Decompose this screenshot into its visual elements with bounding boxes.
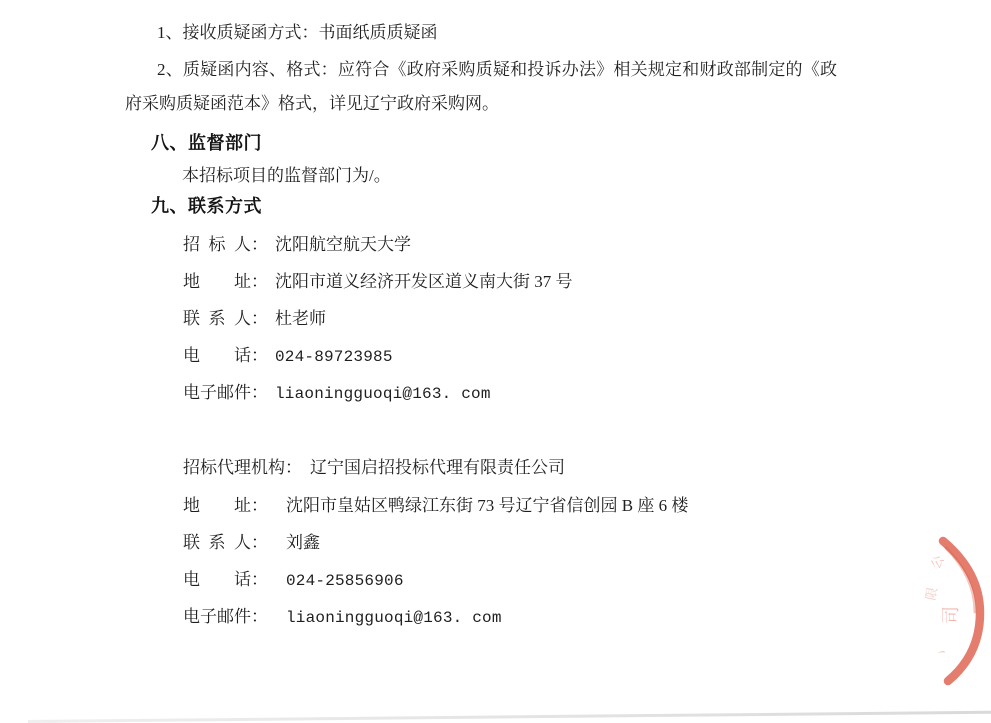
supervision-body-text: 本招标项目的监督部门为/。 bbox=[182, 164, 391, 188]
agency-address-value: 沈阳市皇姑区鸭绿江东街 73 号辽宁省信创园 B 座 6 楼 bbox=[286, 496, 688, 515]
section-heading-supervision: 八、监督部门 bbox=[151, 131, 262, 155]
paragraph-quiz-format: 2、质疑函内容、格式：应符合《政府采购质疑和投诉办法》相关规定和财政部制定的《政… bbox=[125, 53, 837, 121]
row-label: 电子邮件 bbox=[183, 605, 251, 629]
row-label: 招标人 bbox=[183, 233, 251, 257]
agency-phone-row: 电话：024-25856906 bbox=[183, 568, 404, 593]
agency-name-row: 招标代理机构：辽宁国启招投标代理有限责任公司 bbox=[183, 456, 565, 480]
purchaser-address-value: 沈阳市道义经济开发区道义南大街 37 号 bbox=[275, 272, 573, 291]
row-colon: ： bbox=[251, 568, 268, 592]
agency-name-value: 辽宁国启招投标代理有限责任公司 bbox=[310, 458, 565, 477]
agency-address-row: 地址：沈阳市皇姑区鸭绿江东街 73 号辽宁省信创园 B 座 6 楼 bbox=[183, 494, 688, 518]
agency-email-row: 电子邮件：liaoningguoqi@163. com bbox=[183, 605, 502, 630]
row-colon: ： bbox=[251, 270, 268, 294]
paragraph-quiz-method: 1、接收质疑函方式：书面纸质质疑函 bbox=[125, 16, 837, 50]
purchaser-phone-value: 024-89723985 bbox=[275, 348, 393, 366]
row-label: 联系人 bbox=[183, 531, 251, 555]
purchaser-address-row: 地址：沈阳市道义经济开发区道义南大街 37 号 bbox=[183, 270, 573, 294]
purchaser-name-value: 沈阳航空航天大学 bbox=[275, 235, 411, 254]
row-label: 电子邮件 bbox=[183, 381, 251, 405]
row-label: 电话 bbox=[183, 344, 251, 368]
seal-text-fragment: 司 bbox=[937, 606, 963, 624]
row-colon: ： bbox=[251, 381, 268, 405]
document-page: 1、接收质疑函方式：书面纸质质疑函 2、质疑函内容、格式：应符合《政府采购质疑和… bbox=[0, 0, 991, 723]
agency-email-value: liaoningguoqi@163. com bbox=[286, 609, 502, 627]
row-colon: ： bbox=[251, 494, 268, 518]
row-colon: ： bbox=[251, 531, 268, 555]
scan-page-edge-line bbox=[28, 710, 991, 722]
row-label: 电话 bbox=[183, 568, 251, 592]
purchaser-phone-row: 电话：024-89723985 bbox=[183, 344, 393, 369]
purchaser-email-value: liaoningguoqi@163. com bbox=[275, 385, 491, 403]
row-colon: ： bbox=[251, 307, 268, 331]
row-label: 招标代理机构 bbox=[183, 456, 285, 480]
purchaser-contact-person-row: 联系人：杜老师 bbox=[183, 307, 326, 331]
row-label: 地址 bbox=[183, 494, 251, 518]
row-colon: ： bbox=[251, 233, 268, 257]
row-colon: ： bbox=[251, 605, 268, 629]
row-label: 地址 bbox=[183, 270, 251, 294]
purchaser-email-row: 电子邮件：liaoningguoqi@163. com bbox=[183, 381, 491, 406]
row-colon: ： bbox=[285, 456, 302, 480]
row-label: 联系人 bbox=[183, 307, 251, 331]
row-colon: ： bbox=[251, 344, 268, 368]
purchaser-contact-person-value: 杜老师 bbox=[275, 309, 326, 328]
agency-contact-person-value: 刘鑫 bbox=[286, 533, 320, 552]
agency-phone-value: 024-25856906 bbox=[286, 572, 404, 590]
agency-contact-person-row: 联系人：刘鑫 bbox=[183, 531, 320, 555]
purchaser-name-row: 招标人：沈阳航空航天大学 bbox=[183, 233, 411, 257]
section-heading-contact: 九、联系方式 bbox=[151, 194, 262, 218]
